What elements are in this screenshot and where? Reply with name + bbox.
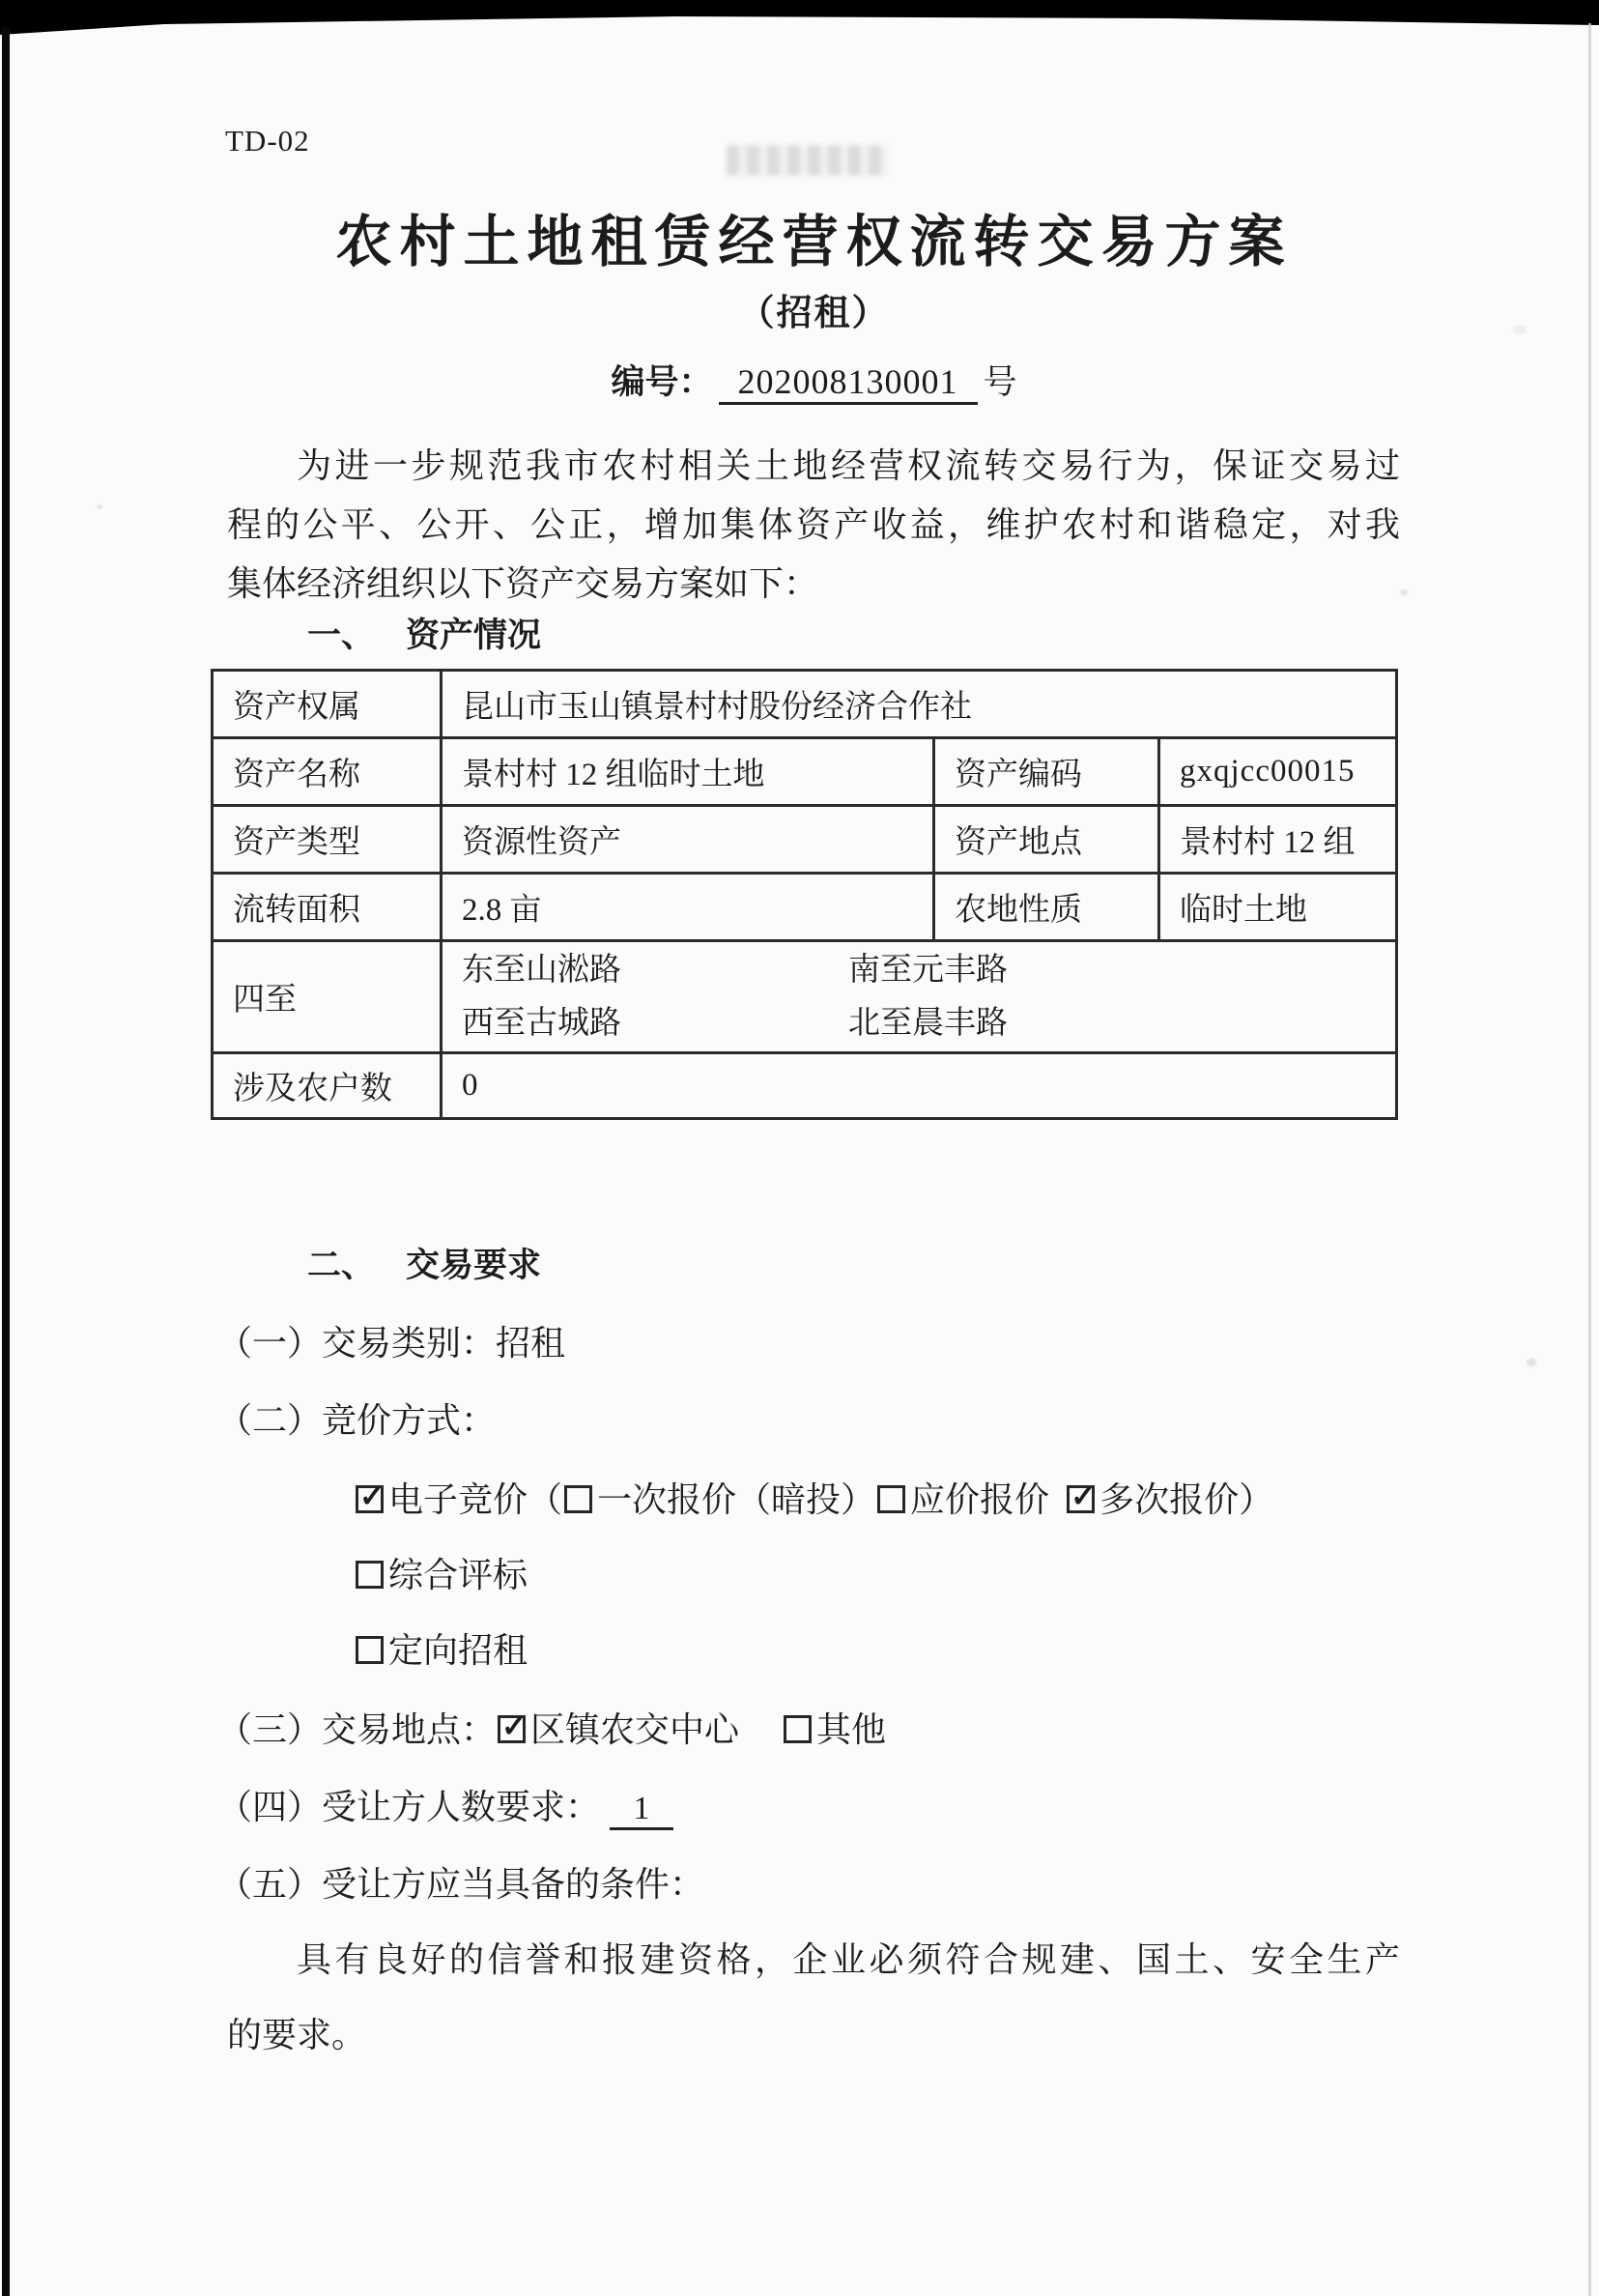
scan-speckle [97,504,102,509]
page-subtitle: （招租） [227,283,1401,335]
electronic-bidding-checkbox [356,1485,384,1513]
cell-value: gxqjcc00015 [1159,738,1397,806]
boundary-south: 南至元丰路 [848,944,1008,997]
directed-lease-checkbox [356,1636,384,1664]
transferee-count-value: 1 [610,1791,673,1830]
cell-label: 流转面积 [213,874,442,941]
table-row: 四至 东至山淞路 南至元丰路 西至古城路 北至晨丰路 [213,941,1397,1053]
cell-label: 资产地点 [934,806,1159,874]
other-venue-label: 其他 [816,1710,886,1749]
response-bid-checkbox [877,1485,905,1513]
section-title: 交易要求 [406,1247,541,1284]
trade-item-bid-method: （二）竞价方式： [217,1393,496,1443]
table-row: 资产权属 昆山市玉山镇景村村股份经济合作社 [213,671,1397,738]
trade-item-conditions: （五）受让方应当具备的条件： [217,1857,704,1907]
intro-line: 程的公平、公开、公正，增加集体资产收益，维护农村和谐稳定，对我 [227,496,1400,555]
comprehensive-eval-checkbox [356,1561,384,1589]
cell-label: 资产编码 [934,738,1159,806]
trade-item-category: （一）交易类别：招租 [217,1316,565,1365]
trade-item-venue: （三）交易地点：区镇农交中心其他 [217,1703,886,1752]
asset-info-table: 资产权属 昆山市玉山镇景村村股份经济合作社 资产名称 景村村 12 组临时土地 … [211,669,1398,1120]
cell-value: 景村村 12 组临时土地 [442,738,934,806]
cell-value: 0 [442,1053,1397,1119]
boundary-west: 西至古城路 [462,997,848,1050]
transferee-count-label: （四）受让方人数要求： [217,1788,600,1826]
cell-label: 资产名称 [213,738,442,806]
cell-value-boundaries: 东至山淞路 南至元丰路 西至古城路 北至晨丰路 [442,941,1397,1053]
town-center-checkbox [498,1715,526,1743]
cell-label: 涉及农户数 [213,1053,442,1119]
one-time-bid-label: 一次报价（暗投） [597,1480,875,1519]
town-center-label: 区镇农交中心 [530,1710,739,1749]
section-number: 二、 [307,1247,375,1284]
directed-lease-option: 定向招租 [354,1623,528,1673]
page-title: 农村土地租赁经营权流转交易方案 [227,196,1401,277]
table-row: 资产类型 资源性资产 资产地点 景村村 12 组 [213,806,1397,874]
multiple-bid-label: 多次报价 [1099,1480,1239,1519]
scan-speckle [1513,325,1527,334]
cell-label: 四至 [213,941,442,1053]
boundary-north: 北至晨丰路 [848,997,1008,1050]
directed-lease-label: 定向招租 [388,1631,528,1670]
multiple-bid-checkbox [1067,1485,1095,1513]
condition-text-line: 的要求。 [227,2008,1400,2057]
condition-text-line: 具有良好的信誉和报建资格，企业必须符合规建、国土、安全生产 [227,1933,1400,1982]
electronic-bidding-label: 电子竞价 [388,1480,528,1519]
intro-line: 为进一步规范我市农村相关土地经营权流转交易行为，保证交易过 [227,437,1400,496]
venue-label: （三）交易地点： [217,1710,496,1749]
document-number-label: 编号： [611,363,712,401]
section-number: 一、 [307,617,375,654]
document-number-value: 202008130001 [719,361,978,405]
form-code: TD-02 [225,124,310,158]
section-trade-heading: 二、交易要求 [307,1239,541,1287]
intro-line: 集体经济组织以下资产交易方案如下： [227,555,1400,614]
document-number-suffix: 号 [984,363,1017,401]
cell-value: 资源性资产 [442,806,934,874]
scanned-document-page: TD-02 农村土地租赁经营权流转交易方案 （招租） 编号：2020081300… [0,0,1599,2296]
scan-left-black-edge [2,27,10,2296]
scan-speckle [1400,589,1408,595]
document-number-line: 编号：202008130001号 [227,356,1401,405]
trade-item-transferee-count: （四）受让方人数要求：1 [217,1780,673,1830]
table-row: 资产名称 景村村 12 组临时土地 资产编码 gxqjcc00015 [213,738,1397,806]
section-title: 资产情况 [406,617,541,654]
boundary-east: 东至山淞路 [462,944,848,997]
paren-open: （ [528,1480,562,1519]
scan-right-edge-line [1588,23,1591,2296]
cell-value: 昆山市玉山镇景村村股份经济合作社 [442,671,1397,738]
section-assets-heading: 一、资产情况 [307,609,541,657]
cell-value: 临时土地 [1159,874,1397,941]
intro-paragraph: 为进一步规范我市农村相关土地经营权流转交易行为，保证交易过 程的公平、公开、公正… [227,437,1400,614]
bid-method-options-line: 电子竞价（一次报价（暗投）应价报价多次报价） [354,1473,1273,1522]
table-row: 流转面积 2.8 亩 农地性质 临时土地 [213,874,1397,941]
cell-value: 2.8 亩 [442,874,934,941]
cell-label: 农地性质 [934,874,1159,941]
other-venue-checkbox [784,1715,812,1743]
paren-close: ） [1239,1480,1273,1519]
faded-stamp-smudge [727,145,889,176]
cell-label: 资产类型 [213,806,442,874]
response-bid-label: 应价报价 [910,1480,1049,1519]
cell-label: 资产权属 [213,671,442,738]
table-row: 涉及农户数 0 [213,1053,1397,1119]
one-time-bid-checkbox [564,1485,592,1513]
scan-top-black-band [0,0,1599,39]
comprehensive-eval-option: 综合评标 [354,1548,528,1597]
cell-value: 景村村 12 组 [1159,806,1397,874]
comprehensive-eval-label: 综合评标 [388,1556,528,1594]
scan-speckle [1527,1359,1536,1366]
